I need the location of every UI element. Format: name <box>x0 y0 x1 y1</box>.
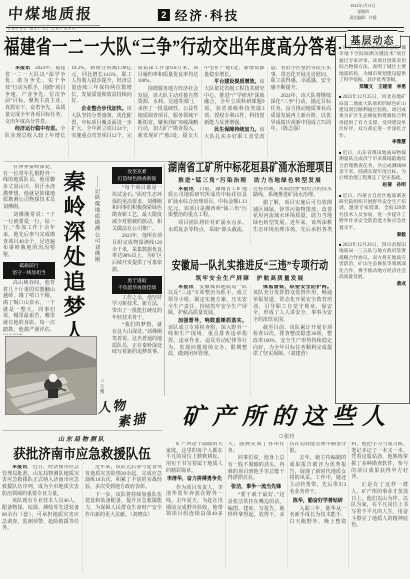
section-divider <box>2 430 162 431</box>
paragraph: 本报讯 2023年，福建省一二一大队以“深学争优、敢为争先、实干争效”行动为抓手… <box>5 66 65 126</box>
feature-left-column: 在莽莽秦岭深处，有一位常年扎根野外一线的地质队员。他用脚步丈量山川，用汗水浇灌梦… <box>3 165 55 335</box>
bullet-icon: ■ <box>339 193 342 198</box>
paragraph: 保监督察，织密安全防护网。该队充分发挥群众监督作用，畅通举报渠道，常态化开展安全… <box>253 285 332 325</box>
paragraph: 平台建设提质增效。该大队依托省级工程技术研究中心，推进“产学研用”深度融合，全年… <box>204 80 264 127</box>
news-item-author: 黄成 <box>339 282 406 288</box>
paragraph: 刘佛刚常说：“干一行就要爱一行、钻一行。”参加工作十余年来，他先后参与完成勘查项… <box>3 213 55 260</box>
bottom-main-text: 矿产所是个温暖的大家庭。这里的每个人都在平凡的岗位上默默耕耘，用实干书写着属于地… <box>166 442 408 568</box>
anhui-headline: 安徽局一队扎实推进反“三违”专项行动 <box>168 256 332 272</box>
news-item: ■近日，内蒙古自治区地质调查研究院组织开展野外安全生产培训，邀请专家授课，全院1… <box>339 193 406 239</box>
profile-subhead: 李清华，奋力拼搏勇争先 <box>166 477 223 484</box>
bottom-main-title: 矿产所的这些人 <box>166 398 408 431</box>
paragraph: 矿产所是个温暖的大家庭。这里的每个人都在平凡的岗位上默默耕耘，用实干书写着属于地… <box>166 442 223 475</box>
feature-right-column: 攻坚克难 打造绿色勘查新貌 “每个项目都是一块试金石。”面对生态环保的更高要求，… <box>112 165 162 415</box>
newspaper-page: { "header": { "masthead": "中煤地质报", "mast… <box>0 0 410 579</box>
boxed-subhead: 勇于进取 不负韶华再创佳绩 <box>112 276 162 293</box>
paragraph: 2023年，他所在项目组完成物探测线120余千米，采集数据优良率达98%以上，为… <box>112 234 162 274</box>
bottom-left-text: 本报讯 近日，经济南市应急管理局批准，山东局物测队地质灾害应急救援队正式纳入济南… <box>2 465 162 573</box>
news-item: ■近日，山东省煤田地质局物探测量队完成济宁市采煤塌陷地综合治理勘查任务，共完成测… <box>339 150 406 190</box>
section-header: 2 经济·科技 <box>158 6 239 24</box>
bottom-main-article: 矿产所的这些人 □ 张玲 矿产所是个温暖的大家庭。这里的每个人都在平凡的岗位上默… <box>166 398 408 568</box>
paragraph: 近年来，该队先后参与处置突发地质灾害险情20余起，完成应急演练10余次，积累了丰… <box>85 465 162 492</box>
feature-article: 在莽莽秦岭深处，有一位常年扎根野外一线的地质队员。他用脚步丈量山川，用汗水浇灌梦… <box>2 164 162 416</box>
section-title: 经济·科技 <box>175 6 239 24</box>
top-article-text: 本报讯 2023年，福建省一二一大队以“深学争优、敢为争先、实干争效”行动为抓手… <box>5 66 331 158</box>
profile-subhead: 张洁，事争一流当先锋 <box>228 485 285 492</box>
news-item-author: 秦毅 <box>339 233 406 239</box>
masthead-title: 中煤地质报 <box>7 3 138 24</box>
anhui-subtitle: 筑牢安全生产屏障 护航高质量发展 <box>168 274 332 282</box>
editor-line: 责任编辑：许静 <box>324 16 402 22</box>
paragraph: 工作之余，他坚持学习新技术、新方法，带出了一批能打硬仗的年轻技术骨干。 <box>112 296 162 323</box>
paragraph: 加强督导，响鼓重锤抓落实。该队成立专项检查组，深入野外一线和生产现场，重点排查违… <box>168 319 247 359</box>
hunan-subtitle: 推进“锰三角”污染治理 助力当地绿色转型发展 <box>168 176 332 184</box>
page-number-badge: 2 <box>158 9 170 21</box>
news-item-author: 赵倩 孙明 <box>339 183 406 189</box>
paragraph: 在莽莽秦岭深处，有一位常年扎根野外一线的地质队员。他用脚步丈量山川，用汗水浇灌梦… <box>3 165 55 212</box>
date-block: 2024年1月11日 星期四 责任编辑：许静 <box>324 4 402 22</box>
bullet-icon: ■ <box>339 150 342 155</box>
paragraph: 本报讯 近日，经济南市应急管理局批准，山东局物测队地质灾害应急救援队正式纳入济南… <box>2 465 79 498</box>
paragraph: 正是有了这样一群人，矿产所的事业才蒸蒸日上。他们以山为伴、以队为家，在平凡岗位上… <box>351 483 408 530</box>
feature-byline: □ 王燕 <box>99 378 105 393</box>
hunan-headline: 湖南省工矿所中标花垣县矿涌水治理项目 <box>168 158 332 174</box>
middle-article-anhui: 安徽局一队扎实推进反“三违”专项行动 筑牢安全生产屏障 护航高质量发展 本报讯 … <box>168 258 332 397</box>
sidebar-items: ■近日，江苏局地质勘查总院“城市地下空间探测关键技术”项目通过专家评审。该项目创… <box>339 45 406 400</box>
kicker: 山东局物测队 <box>2 434 162 443</box>
feature-photo <box>5 336 97 415</box>
news-item: ■2023年12月25日，河北省地矿局第二地质大队承担的绿色矿山建设项目顺利通过… <box>339 94 406 147</box>
news-item: ■近日，江苏局地质勘查总院“城市地下空间探测关键技术”项目通过专家评审。该项目创… <box>339 45 406 91</box>
main-headline: 福建省一二一大队“三争”行动交出年度高分答卷 <box>4 32 332 60</box>
middle-article-hunan: 湖南省工矿所中标花垣县矿涌水治理项目 推进“锰三角”污染治理 助力当地绿色转型发… <box>168 160 332 245</box>
news-item-author: 李雅慧 <box>339 140 406 146</box>
boxed-subhead: 攻坚克难 打造绿色勘查新貌 <box>112 167 162 184</box>
column-rule <box>164 164 165 396</box>
bullet-icon: ■ <box>339 94 342 99</box>
paragraph: “我们的梦想，就在这大山深处。”刘佛刚笑着说。这名普通的地质队员，正在秦岭深处续… <box>112 323 162 356</box>
news-item: ■2023年12月29日，四川省煤田地质局一三五队与地方政府签署战略合作协议。双… <box>339 242 406 288</box>
bottom-left-article: 山东局物测队 获批济南市应急救援队伍 本报讯 近日，经济南市应急管理局批准，山东… <box>2 434 162 573</box>
bullet-icon: ■ <box>339 242 342 247</box>
paragraph: 本报讯 安徽煤田地质局一队以反“三违”专项整治为抓手，成立领导小组，制定实施方案… <box>168 285 247 318</box>
renwu-sumiao-label: 人物 素描 <box>96 390 162 431</box>
paragraph: 本报讯 日前，湖南省工矿地质公司地质研究所成功中标花垣县矿涌水综合治理项目，中标… <box>168 187 247 220</box>
profile-subhead: 陈华，勤奋好学善钻研 <box>290 499 347 506</box>
hunan-text: 本报讯 日前，湖南省工矿地质公司地质研究所成功中标花垣县矿涌水综合治理项目，中标… <box>168 187 332 245</box>
news-item-author: 郑耀文 王建清 李勇 <box>339 85 406 91</box>
paragraph: 同事们说，他身上总有一股不服输的劲头，再难的项目到他手里总能干得漂漂亮亮。 <box>228 456 285 483</box>
paragraph: 2024年，该大队将继续深化“三争”行动，锚定目标任务，奋力推动地质事业高质量发… <box>271 94 331 134</box>
bottom-left-headline: 获批济南市应急救援队伍 <box>2 443 162 463</box>
paragraph: 该队现有专业技术人员46人，配备物探、钻探、测绘等先进装备80余台（套），可承担… <box>2 499 79 532</box>
paragraph: 下一步，该队将持续加强队伍建设和装备配备，提升应急救援能力，为保障人民群众生命财… <box>85 493 162 520</box>
sidebar-grassroots-news: 基层动态 ■近日，江苏局地质勘查总院“城市地下空间探测关键技术”项目通过专家评审… <box>335 36 410 404</box>
paragraph: 去年，她主持编制的成果报告被评为优秀报告，展现了新时代地质女将的风采。工作中，她… <box>290 456 347 496</box>
paragraph: 高山峡谷间，他背着几十斤重的仪器翻山越岭，饿了啃口干粮，渴了喝口山泉水，一干就是… <box>3 281 55 335</box>
paragraph: “每个项目都是一块试金石。”面对生态环保的更高要求，刘佛刚和同事们积极探索绿色勘… <box>112 186 162 233</box>
header-rule <box>6 27 404 32</box>
bottom-main-byline: □ 张玲 <box>166 433 408 440</box>
anhui-text: 本报讯 安徽煤田地质局一队以反“三违”专项整治为抓手，成立领导小组，制定实施方案… <box>168 285 332 397</box>
boxed-subhead: 砥砺前行 坚守一线显担当 <box>3 262 55 279</box>
paragraph: 截至目前，该队累计开展专项检查12次，排查整改隐患36项，整改率100%，安全生… <box>253 326 332 359</box>
